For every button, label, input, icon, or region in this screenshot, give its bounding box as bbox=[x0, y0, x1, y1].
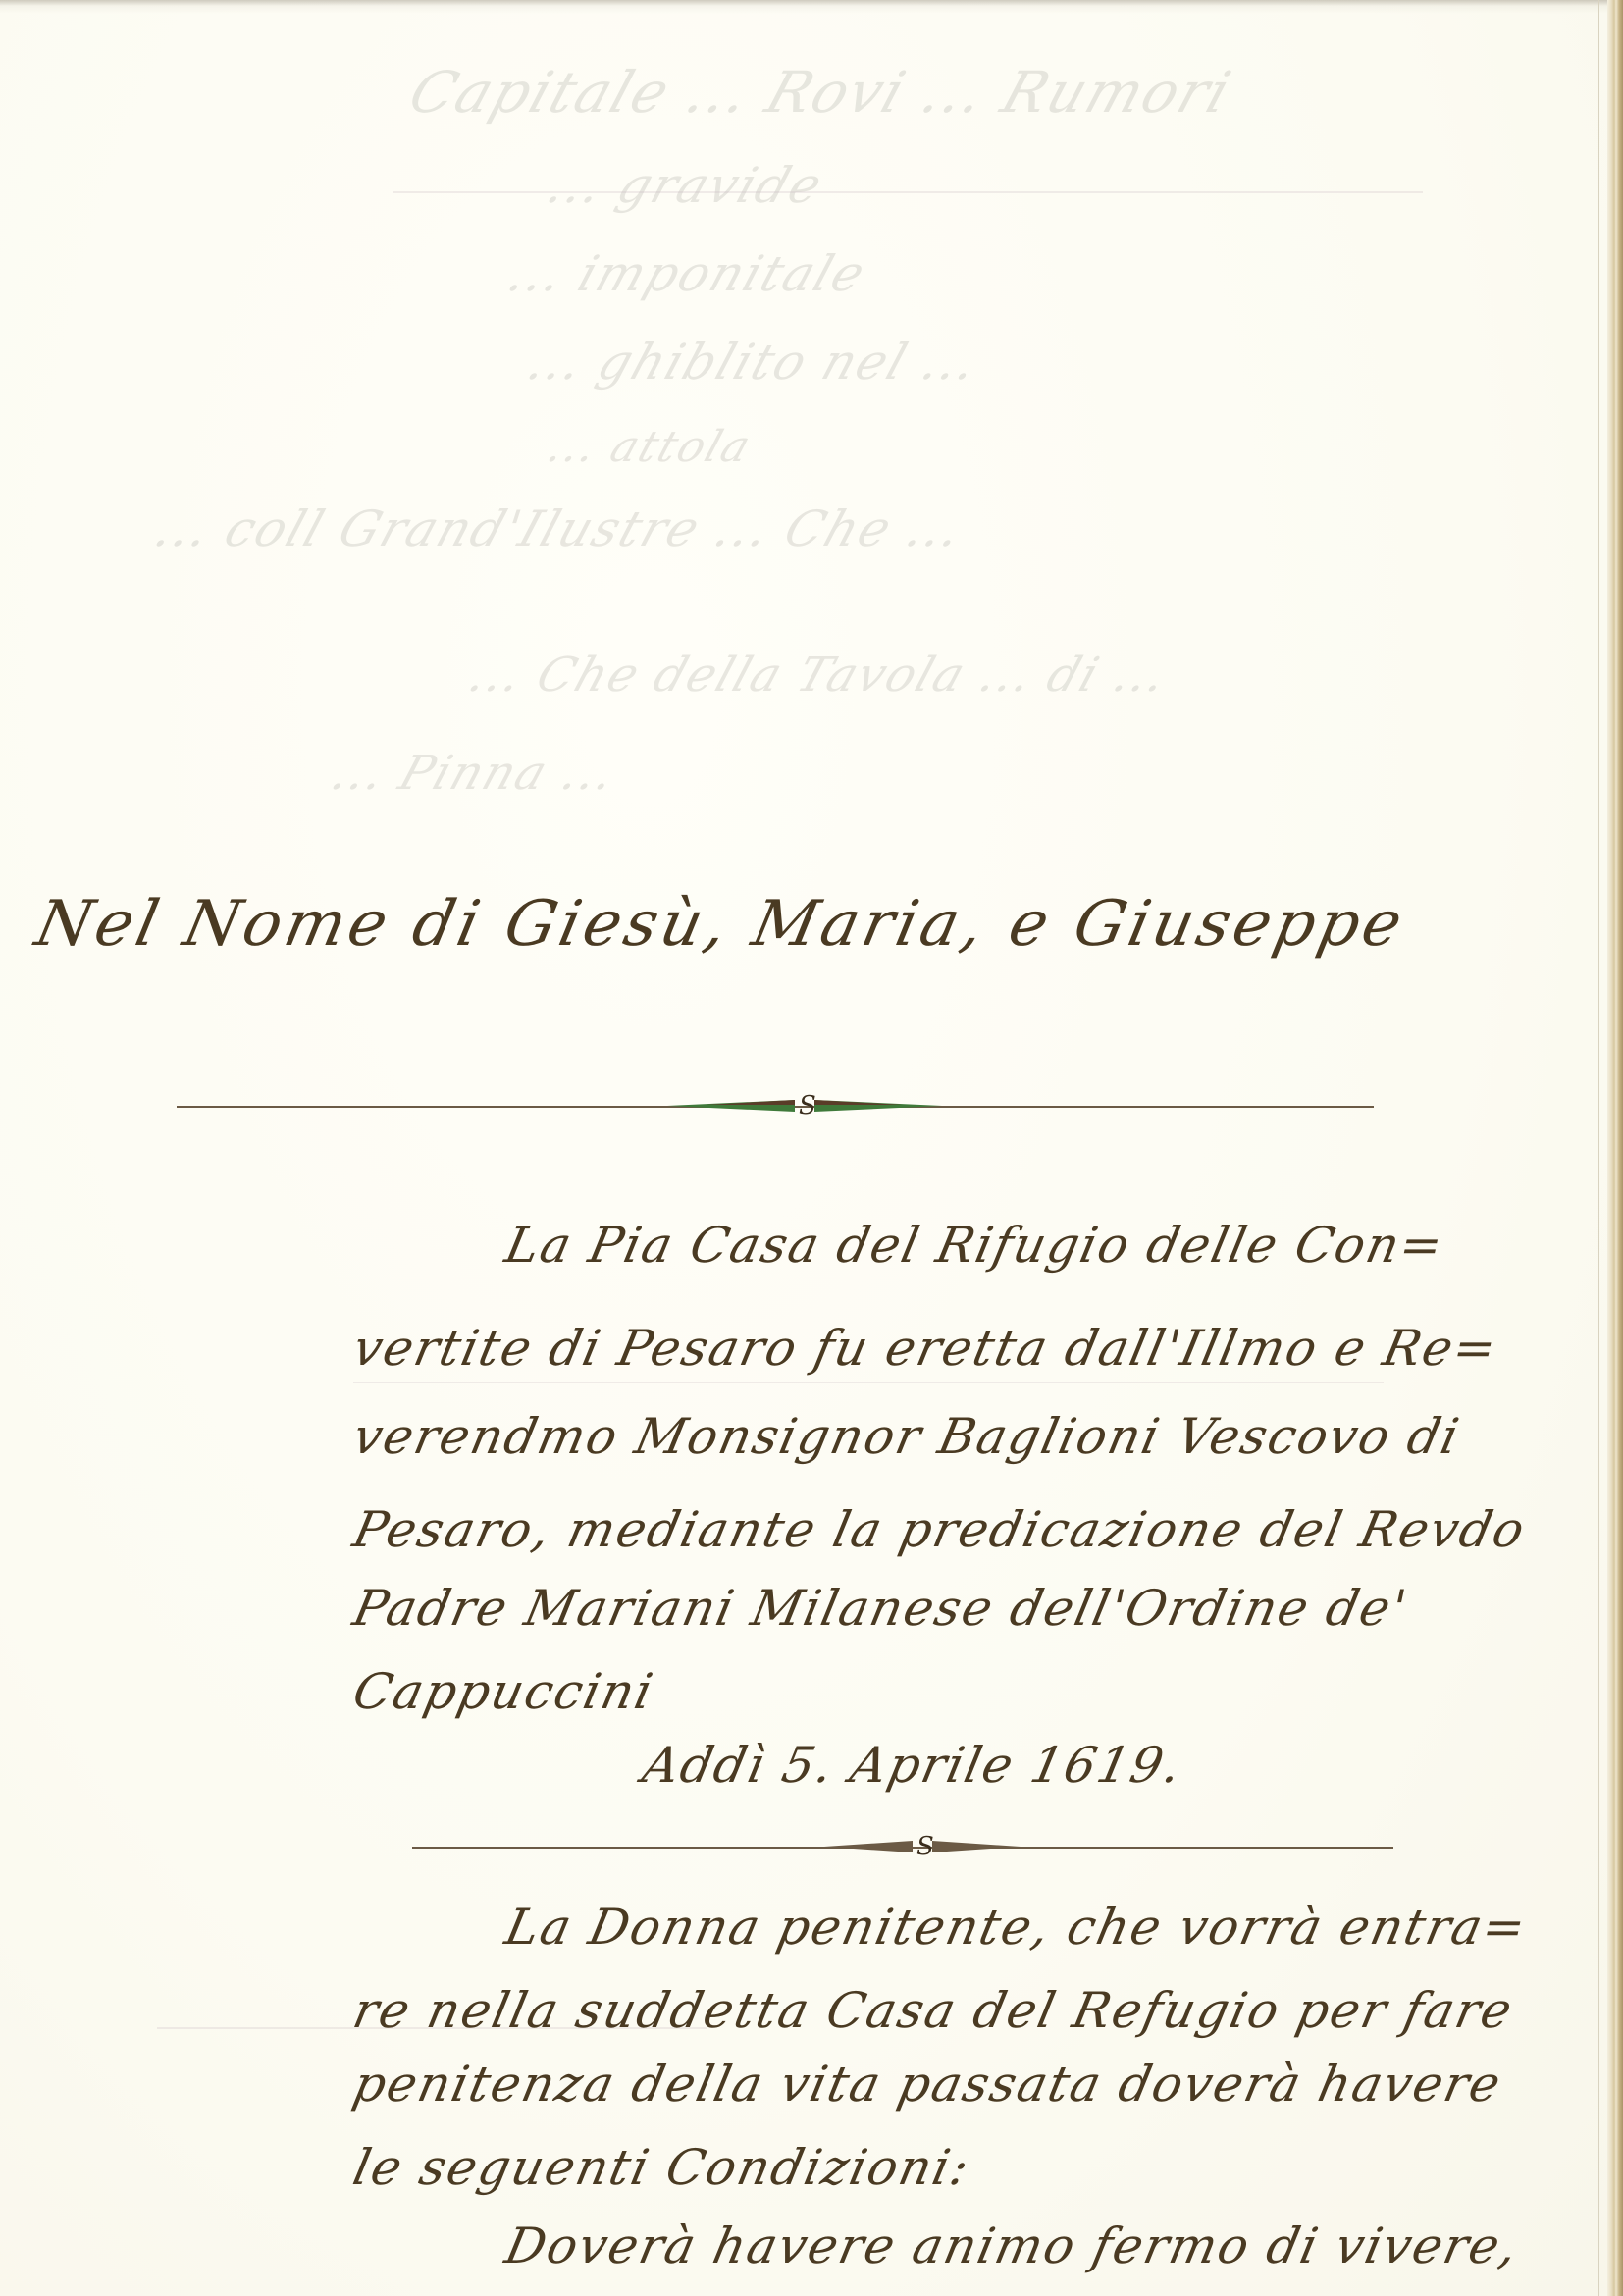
paragraph-line: vertite di Pesaro fu eretta dall'Illmo e… bbox=[348, 1320, 1503, 1377]
ghost-text-line: ... attola bbox=[542, 422, 759, 472]
page-binding-edge bbox=[1607, 0, 1623, 2296]
separator-spike-right-icon bbox=[814, 1100, 942, 1112]
ghost-text-line: ... imponitale bbox=[501, 245, 874, 302]
paragraph-line: La Donna penitente, che vorrà entra= bbox=[500, 1899, 1533, 1956]
ghost-text-line: ... Che della Tavola ... di ... bbox=[462, 648, 1176, 703]
paragraph-line: le seguenti Condizioni: bbox=[348, 2139, 975, 2196]
paragraph-line: Doverà havere animo fermo di vivere, bbox=[500, 2218, 1524, 2274]
ruled-line bbox=[393, 191, 1423, 193]
ghost-text-line: ... ghiblito nel ... bbox=[521, 334, 986, 391]
ghost-text-line: ... coll Grand'Ilustre ... Che ... bbox=[148, 500, 970, 557]
ghost-text-line: ... gravide bbox=[541, 157, 831, 214]
separator-spike-left-icon bbox=[667, 1100, 795, 1112]
ornamental-separator: S bbox=[177, 1097, 1374, 1117]
separator-spike-left-icon bbox=[824, 1841, 913, 1852]
paragraph-line: Cappuccini bbox=[348, 1663, 659, 1720]
paragraph-line: Padre Mariani Milanese dell'Ordine de' bbox=[348, 1580, 1413, 1637]
paragraph-line: Pesaro, mediante la predicazione del Rev… bbox=[348, 1501, 1531, 1558]
ghost-text-line: ... Pinna ... bbox=[325, 746, 623, 801]
paragraph-line: re nella suddetta Casa del Refugio per f… bbox=[348, 1982, 1519, 2039]
paragraph-line: verendmo Monsignor Baglioni Vescovo di bbox=[348, 1408, 1465, 1465]
page-margin-line bbox=[1598, 0, 1599, 2296]
date-line: Addì 5. Aprile 1619. bbox=[638, 1737, 1188, 1794]
paragraph-line: La Pia Casa del Rifugio delle Con= bbox=[500, 1217, 1449, 1274]
heading-invocation: Nel Nome di Giesù, Maria, e Giuseppe bbox=[29, 888, 1412, 961]
paragraph-line: penitenza della vita passata doverà have… bbox=[348, 2056, 1507, 2113]
ghost-text-line: Capitale ... Rovi ... Rumori bbox=[401, 59, 1240, 126]
separator-spike-right-icon bbox=[932, 1841, 1021, 1852]
manuscript-page: Capitale ... Rovi ... Rumori ... gravide… bbox=[0, 0, 1623, 2296]
ruled-line bbox=[353, 1382, 1384, 1383]
ornamental-separator: S bbox=[412, 1838, 1393, 1857]
